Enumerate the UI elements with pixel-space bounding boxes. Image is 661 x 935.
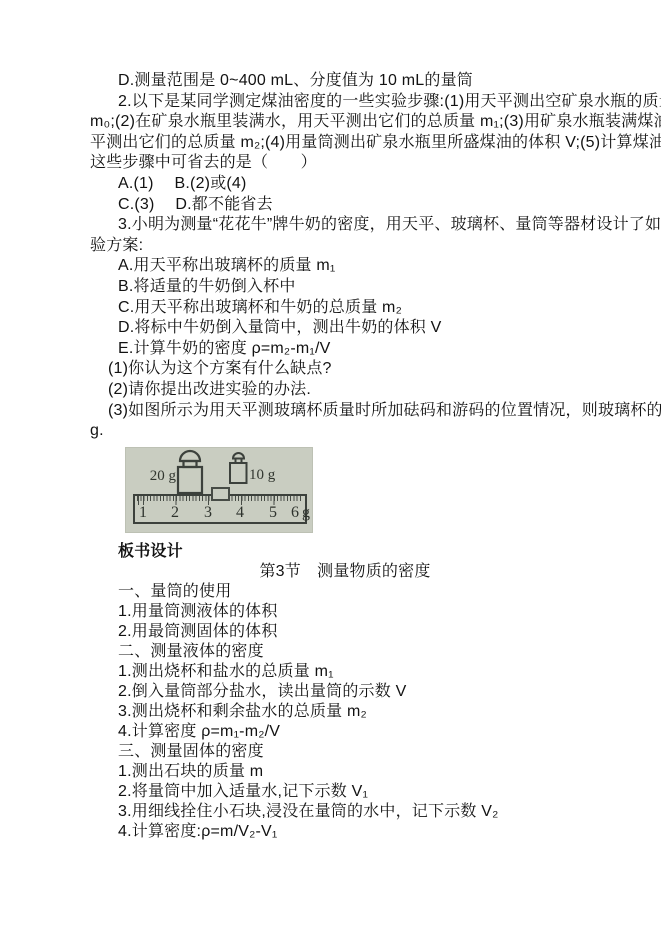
question-2-line-4: 这些步骤中可省去的是（ ） — [90, 153, 578, 174]
exercise-section: D.测量范围是 0~400 mL、分度值为 10 mL的量筒 2.以下是某同学测… — [90, 71, 578, 442]
subquestion-1-line: (1)你认为这个方案有什么缺点? — [90, 359, 578, 380]
board-line-2: 1.用量筒测液体的体积 — [90, 602, 578, 622]
board-line-4: 二、测量液体的密度 — [90, 642, 578, 662]
scale-label-5: 5 — [269, 504, 277, 522]
question-2-line-3: 平测出它们的总质量 m₂;(4)用量筒测出矿泉水瓶里所盛煤油的体积 V;(5)计… — [90, 133, 578, 154]
board-line-6: 2.倒入量筒部分盐水，读出量筒的示数 V — [90, 682, 578, 702]
weight-10g-icon — [230, 453, 247, 483]
scale-label-2: 2 — [171, 504, 179, 522]
board-line-9: 三、测量固体的密度 — [90, 742, 578, 762]
board-line-5: 1.测出烧杯和盐水的总质量 m₁ — [90, 662, 578, 682]
board-line-3: 2.用最筒测固体的体积 — [90, 622, 578, 642]
scale-label-1: 1 — [139, 504, 147, 522]
scale-label-3: 3 — [204, 504, 212, 522]
board-line-10: 1.测出石块的质量 m — [90, 762, 578, 782]
question-3-line-2: 验方案: — [90, 236, 578, 257]
question-2-line-1: 2.以下是某同学测定煤油密度的一些实验步骤:(1)用天平测出空矿泉水瓶的质量 — [90, 92, 578, 113]
scale-label-4: 4 — [236, 504, 244, 522]
option-d-line: D.测量范围是 0~400 mL、分度值为 10 mL的量筒 — [90, 71, 578, 92]
scale-label-6: 6 — [291, 504, 299, 522]
balance-weights-figure: 20 g 10 g 1 2 3 4 5 6 g — [125, 447, 313, 533]
step-a-line: A.用天平称出玻璃杯的质量 m₁ — [90, 256, 578, 277]
rider-scale: 1 2 3 4 5 6 g — [133, 494, 307, 524]
board-line-13: 4.计算密度:ρ=m/V₂-V₁ — [90, 822, 578, 842]
step-e-line: E.计算牛奶的密度 ρ=m₂-m₁/V — [90, 339, 578, 360]
board-line-11: 2.将量筒中加入适量水,记下示数 V₁ — [90, 782, 578, 802]
section-title: 第3节 测量物质的密度 — [112, 562, 578, 582]
board-design-section: 板书设计 第3节 测量物质的密度 一、量筒的使用 1.用量筒测液体的体积 2.用… — [90, 542, 578, 842]
rider-marker — [211, 487, 230, 501]
board-line-12: 3.用细线拴住小石块,浸没在量筒的水中，记下示数 V₂ — [90, 802, 578, 822]
subquestion-2-line: (2)请你提出改进实验的办法. — [90, 380, 578, 401]
question-2-line-2: m₀;(2)在矿泉水瓶里装满水，用天平测出它们的总质量 m₁;(3)用矿泉水瓶装… — [90, 112, 578, 133]
subquestion-3-line: (3)如图所示为用天平测玻璃杯质量时所加砝码和游码的位置情况，则玻璃杯的质量 — [90, 401, 578, 422]
question-2-options-cd: C.(3) D.都不能省去 — [90, 195, 578, 216]
scale-unit-label: g — [302, 504, 310, 522]
step-b-line: B.将适量的牛奶倒入杯中 — [90, 277, 578, 298]
unit-g-line: g. — [90, 421, 578, 442]
board-line-1: 一、量筒的使用 — [90, 582, 578, 602]
board-line-8: 4.计算密度 ρ=m₁-m₂/V — [90, 722, 578, 742]
board-heading: 板书设计 — [90, 542, 578, 562]
weight-10g-label: 10 g — [249, 467, 276, 483]
question-2-options-ab: A.(1) B.(2)或(4) — [90, 174, 578, 195]
step-c-line: C.用天平称出玻璃杯和牛奶的总质量 m₂ — [90, 298, 578, 319]
board-line-7: 3.测出烧杯和剩余盐水的总质量 m₂ — [90, 702, 578, 722]
weight-20g-icon — [178, 451, 202, 493]
step-d-line: D.将标中牛奶倒入量筒中，测出牛奶的体积 V — [90, 318, 578, 339]
question-3-line-1: 3.小明为测量“花花牛”牌牛奶的密度，用天平、玻璃杯、量筒等器材设计了如下实 — [90, 215, 578, 236]
weight-20g-label: 20 g — [150, 468, 177, 484]
